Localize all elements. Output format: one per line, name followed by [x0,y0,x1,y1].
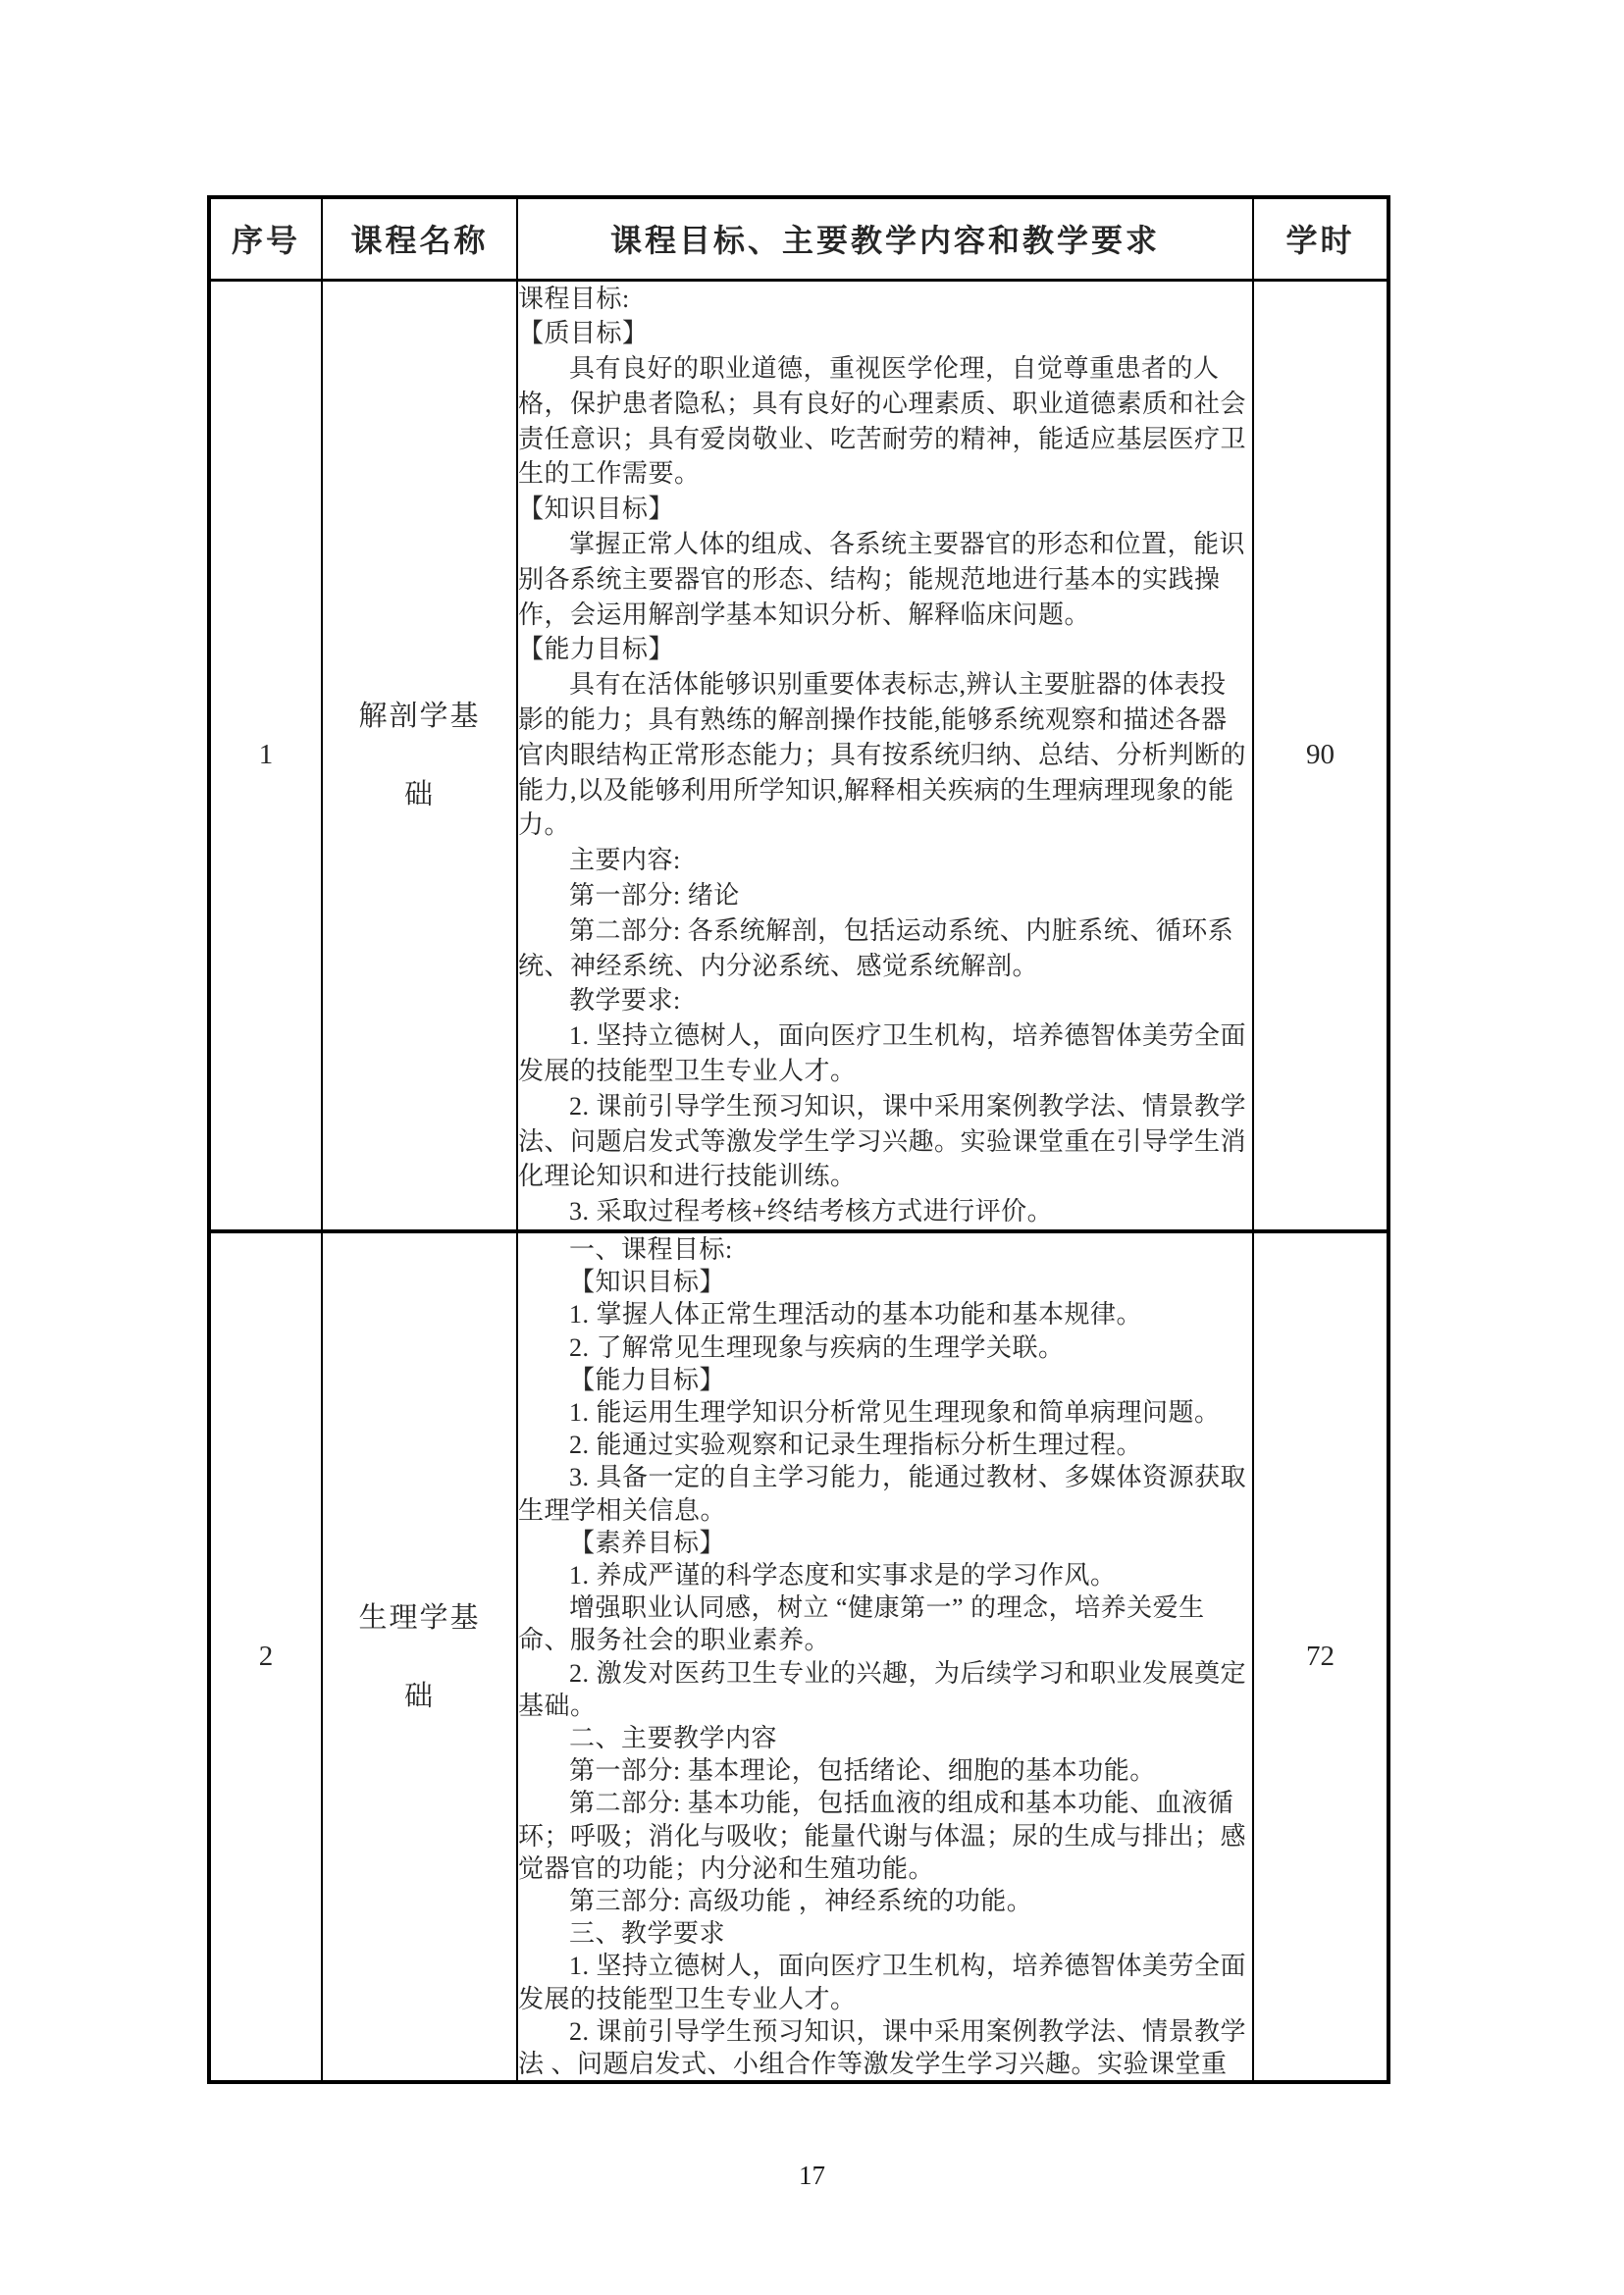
document-page: 序号 课程名称 课程目标、主要教学内容和教学要求 学时 1 解剖学基础 课程目标… [0,0,1624,2295]
text-line: 法、问题启发式等激发学生学习兴趣。实验课堂重在引导学生消 [518,1124,1252,1160]
text-line: 第三部分: 高级功能 ，神经系统的功能。 [518,1885,1252,1917]
table-row: 1 解剖学基础 课程目标:【质目标】具有良好的职业道德，重视医学伦理，自觉尊重患… [209,280,1388,1231]
text-line: 2. 课前引导学生预习知识，课中采用案例教学法、情景教学 [518,1089,1252,1124]
table-row: 2 生理学基础 一、课程目标:【知识目标】1. 掌握人体正常生理活动的基本功能和… [209,1231,1388,2082]
text-line: 具有在活体能够识别重要体表标志,辨认主要脏器的体表投 [518,667,1252,703]
page-number: 17 [0,2161,1624,2191]
text-line: 3. 采取过程考核+终结考核方式进行评价。 [518,1194,1252,1229]
text-line: 1. 能运用生理学知识分析常见生理现象和简单病理问题。 [518,1396,1252,1429]
cell-row-index: 1 [209,280,322,1231]
text-line: 官肉眼结构正常形态能力；具有按系统归纳、总结、分析判断的 [518,738,1252,773]
text-line: 【质目标】 [518,316,1252,351]
text-line: 础 [323,756,516,834]
text-line: 1. 养成严谨的科学态度和实事求是的学习作风。 [518,1559,1252,1591]
header-hours: 学时 [1253,197,1388,280]
text-line: 生理学基 [323,1579,516,1657]
text-line: 增强职业认同感，树立 “健康第一” 的理念，培养关爱生 [518,1591,1252,1624]
text-line: 力。 [518,808,1252,843]
text-line: 2. 课前引导学生预习知识，课中采用案例教学法、情景教学 [518,2015,1252,2048]
text-line: 1. 掌握人体正常生理活动的基本功能和基本规律。 [518,1298,1252,1330]
text-line: 二、主要教学内容 [518,1722,1252,1754]
text-line: 第二部分: 基本功能，包括血液的组成和基本功能、血液循 [518,1787,1252,1819]
header-course-name: 课程名称 [322,197,517,280]
text-line: 解剖学基 [323,677,516,756]
text-line: 格，保护患者隐私；具有良好的心理素质、职业道德素质和社会 [518,387,1252,422]
text-line: 础 [323,1657,516,1736]
text-line: 【知识目标】 [518,1266,1252,1298]
cell-course-content: 课程目标:【质目标】具有良好的职业道德，重视医学伦理，自觉尊重患者的人格，保护患… [517,280,1253,1231]
text-line: 觉器官的功能；内分泌和生殖功能。 [518,1852,1252,1885]
text-line: 【能力目标】 [518,1364,1252,1396]
text-line: 教学要求: [518,983,1252,1018]
text-line: 掌握正常人体的组成、各系统主要器官的形态和位置，能识 [518,527,1252,562]
text-line: 课程目标: [518,282,1252,317]
text-line: 能力,以及能够利用所学知识,解释相关疾病的生理病理现象的能 [518,773,1252,808]
text-line: 命、服务社会的职业素养。 [518,1624,1252,1656]
text-line: 2. 能通过实验观察和记录生理指标分析生理过程。 [518,1429,1252,1461]
text-line: 发展的技能型卫生专业人才。 [518,1983,1252,2015]
cell-course-content: 一、课程目标:【知识目标】1. 掌握人体正常生理活动的基本功能和基本规律。2. … [517,1231,1253,2082]
text-line: 别各系统主要器官的形态、结构；能规范地进行基本的实践操 [518,562,1252,598]
text-line: 影的能力；具有熟练的解剖操作技能,能够系统观察和描述各器 [518,703,1252,738]
text-line: 三、教学要求 [518,1917,1252,1950]
text-line: 1. 坚持立德树人，面向医疗卫生机构，培养德智体美劳全面 [518,1018,1252,1054]
text-line: 统、神经系统、内分泌系统、感觉系统解剖。 [518,949,1252,984]
text-line: 化理论知识和进行技能训练。 [518,1159,1252,1194]
text-line: 主要内容: [518,843,1252,878]
cell-course-name: 解剖学基础 [322,280,517,1231]
text-line: 生的工作需要。 [518,456,1252,492]
text-line: 生理学相关信息。 [518,1494,1252,1527]
cell-course-name: 生理学基础 [322,1231,517,2082]
text-line: 【知识目标】 [518,492,1252,527]
cell-row-index: 2 [209,1231,322,2082]
text-line: 责任意识；具有爱岗敬业、吃苦耐劳的精神，能适应基层医疗卫 [518,422,1252,457]
text-line: 第一部分: 绪论 [518,878,1252,913]
text-line: 发展的技能型卫生专业人才。 [518,1054,1252,1089]
text-line: 一、课程目标: [518,1233,1252,1266]
cell-hours: 90 [1253,280,1388,1231]
course-table: 序号 课程名称 课程目标、主要教学内容和教学要求 学时 1 解剖学基础 课程目标… [207,195,1390,2084]
text-line: 具有良好的职业道德，重视医学伦理，自觉尊重患者的人 [518,351,1252,387]
text-line: 法 、问题启发式、小组合作等激发学生学习兴趣。实验课堂重 [518,2048,1252,2080]
text-line: 【能力目标】 [518,632,1252,667]
text-line: 第二部分: 各系统解剖，包括运动系统、内脏系统、循环系 [518,913,1252,949]
text-line: 环；呼吸；消化与吸收；能量代谢与体温；尿的生成与排出；感 [518,1820,1252,1852]
table-header-row: 序号 课程名称 课程目标、主要教学内容和教学要求 学时 [209,197,1388,280]
header-index: 序号 [209,197,322,280]
text-line: 1. 坚持立德树人，面向医疗卫生机构，培养德智体美劳全面 [518,1950,1252,1982]
cell-hours: 72 [1253,1231,1388,2082]
text-line: 基础。 [518,1690,1252,1722]
text-line: 2. 激发对医药卫生专业的兴趣，为后续学习和职业发展奠定 [518,1657,1252,1690]
text-line: 3. 具备一定的自主学习能力，能通过教材、多媒体资源获取 [518,1461,1252,1493]
header-course-content: 课程目标、主要教学内容和教学要求 [517,197,1253,280]
text-line: 2. 了解常见生理现象与疾病的生理学关联。 [518,1331,1252,1364]
text-line: 【素养目标】 [518,1527,1252,1559]
text-line: 第一部分: 基本理论，包括绪论、细胞的基本功能。 [518,1754,1252,1787]
text-line: 作，会运用解剖学基本知识分析、解释临床问题。 [518,598,1252,633]
